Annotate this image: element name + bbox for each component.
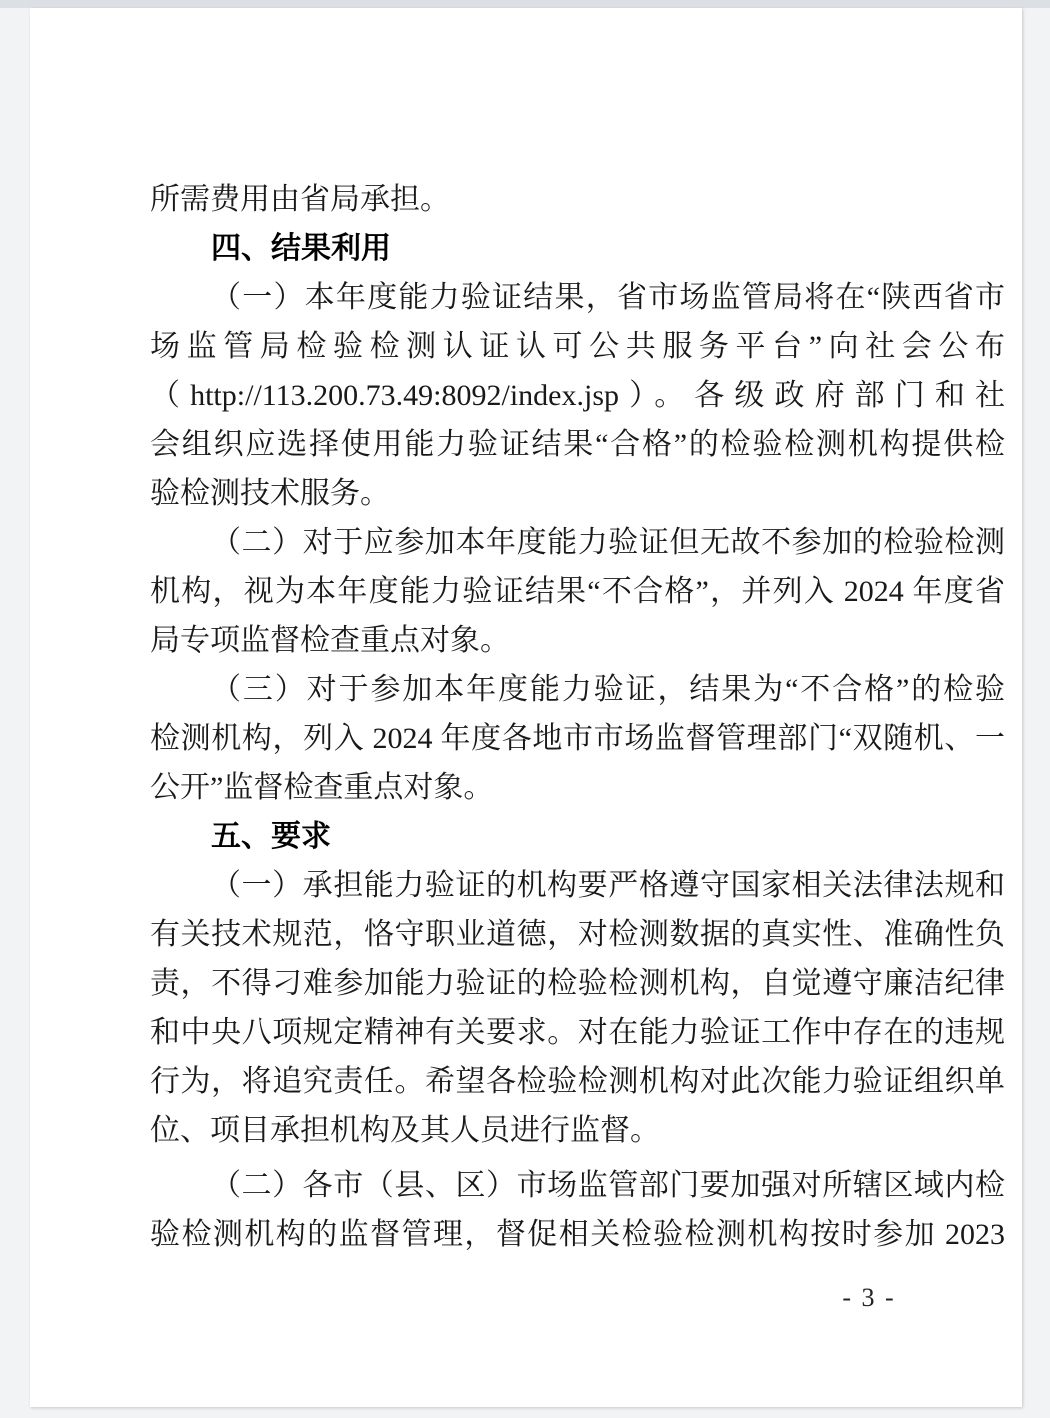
viewer-top-edge (0, 0, 1050, 8)
paragraph-line: 场监管局检验检测认证认可公共服务平台”向社会公布 (150, 322, 1005, 371)
paragraph-line: 局专项监督检查重点对象。 (150, 616, 1005, 665)
page-number: - 3 - (819, 1283, 919, 1313)
document-viewer: 所需费用由省局承担。 四、结果利用 （一）本年度能力验证结果，省市场监管局将在“… (0, 0, 1050, 1418)
paragraph-line: 验检测技术服务。 (150, 469, 1005, 518)
paragraph-line: 检测机构，列入 2024 年度各地市市场监督管理部门“双随机、一 (150, 714, 1005, 763)
document-body: 所需费用由省局承担。 四、结果利用 （一）本年度能力验证结果，省市场监管局将在“… (150, 175, 1005, 1259)
paragraph-line: （三）对于参加本年度能力验证，结果为“不合格”的检验 (150, 665, 1005, 714)
paragraph-line: （一）本年度能力验证结果，省市场监管局将在“陕西省市 (150, 273, 1005, 322)
paragraph-line: 和中央八项规定精神有关要求。对在能力验证工作中存在的违规 (150, 1008, 1005, 1057)
document-page: 所需费用由省局承担。 四、结果利用 （一）本年度能力验证结果，省市场监管局将在“… (30, 8, 1022, 1407)
paragraph-line: 验检测机构的监督管理，督促相关检验检测机构按时参加 2023 (150, 1210, 1005, 1259)
paragraph-line: 责，不得刁难参加能力验证的检验检测机构，自觉遵守廉洁纪律 (150, 959, 1005, 1008)
paragraph-line: 行为，将追究责任。希望各检验检测机构对此次能力验证组织单 (150, 1057, 1005, 1106)
paragraph-line: 公开”监督检查重点对象。 (150, 763, 1005, 812)
paragraph-line: 所需费用由省局承担。 (150, 175, 1005, 224)
paragraph-line-url: （http://113.200.73.49:8092/index.jsp）。各级… (150, 371, 1005, 420)
paragraph-line: 会组织应选择使用能力验证结果“合格”的检验检测机构提供检 (150, 420, 1005, 469)
paragraph-line: 位、项目承担机构及其人员进行监督。 (150, 1106, 1005, 1155)
paragraph-line: 机构，视为本年度能力验证结果“不合格”，并列入 2024 年度省 (150, 567, 1005, 616)
paragraph-line: （一）承担能力验证的机构要严格遵守国家相关法律法规和 (150, 861, 1005, 910)
section-heading-requirements: 五、要求 (150, 812, 1005, 861)
section-heading-results-use: 四、结果利用 (150, 224, 1005, 273)
paragraph-line: （二）对于应参加本年度能力验证但无故不参加的检验检测 (150, 518, 1005, 567)
paragraph-line: 有关技术规范，恪守职业道德，对检测数据的真实性、准确性负 (150, 910, 1005, 959)
paragraph-line: （二）各市（县、区）市场监管部门要加强对所辖区域内检 (150, 1161, 1005, 1210)
